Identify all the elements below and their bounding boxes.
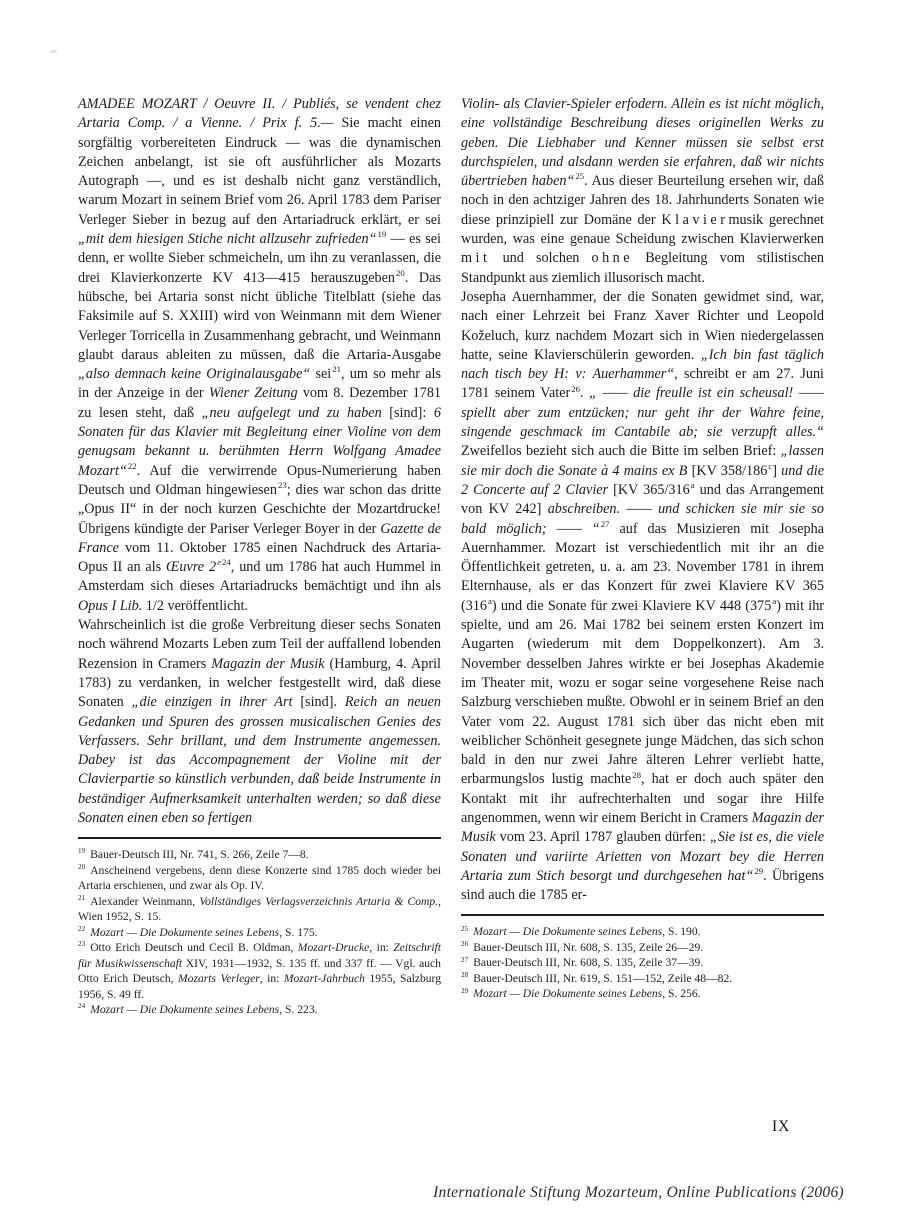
text-run: und solchen	[490, 250, 591, 266]
paragraph: Josepha Auernhammer, der die Sonaten gew…	[461, 288, 824, 906]
footnote-number: 20	[78, 863, 85, 871]
text-run: ) mit ihr spielte, und am 26. Mai 1782 b…	[461, 598, 824, 788]
text-run: ]	[772, 463, 781, 479]
text-run: vom 23. April 1787 glauben dürfen:	[496, 829, 710, 845]
text-run: „mit dem hiesigen Stiche nicht allzusehr…	[78, 231, 377, 247]
left-column-body: AMADEE MOZART / Oeuvre II. / Publiés, se…	[78, 95, 441, 828]
footnote: 24Mozart — Die Dokumente seines Lebens, …	[78, 1002, 441, 1018]
text-run: Bauer-Deutsch III, Nr. 608, S. 135, Zeil…	[473, 956, 703, 969]
footnote-ref: 20	[396, 268, 405, 278]
text-run: Mozarts Verleger	[178, 972, 260, 985]
text-run: , S. 223.	[279, 1003, 317, 1016]
text-run: Wiener Zeitung	[209, 385, 298, 401]
paragraph: AMADEE MOZART / Oeuvre II. / Publiés, se…	[78, 95, 441, 616]
text-run: , S. 256.	[662, 987, 700, 1000]
text-run: Bauer-Deutsch III, Nr. 608, S. 135, Zeil…	[473, 941, 703, 954]
paragraph: Violin- als Clavier-Spieler erfodern. Al…	[461, 95, 824, 288]
text-run: , S. 190.	[662, 925, 700, 938]
text-run: 1/2 veröffentlicht.	[142, 598, 248, 614]
footnote: 19Bauer-Deutsch III, Nr. 741, S. 266, Ze…	[78, 847, 441, 863]
text-run: Alexander Weinmann,	[90, 895, 199, 908]
footnote-separator-right	[461, 914, 824, 916]
text-run: Mozart — Die Dokumente seines Lebens	[473, 987, 662, 1000]
paragraph: Wahrscheinlich ist die große Verbreitung…	[78, 616, 441, 828]
footnote: 26Bauer-Deutsch III, Nr. 608, S. 135, Ze…	[461, 940, 824, 956]
text-run: Sie macht einen sorgfältig vorbereiteten…	[78, 115, 441, 227]
text-run: .	[580, 385, 589, 401]
footnote-ref: 25	[575, 171, 584, 181]
text-run: Mozart-Drucke	[298, 941, 369, 954]
footnote: 28Bauer-Deutsch III, Nr. 619, S. 151—152…	[461, 971, 824, 987]
text-run: Klavier	[661, 212, 728, 228]
right-column-body: Violin- als Clavier-Spieler erfodern. Al…	[461, 95, 824, 905]
footnote-number: 19	[78, 847, 85, 855]
text-run: Mozart-Jahrbuch	[284, 972, 365, 985]
footnote: 23Otto Erich Deutsch und Cecil B. Oldman…	[78, 940, 441, 1002]
scan-artifact	[50, 50, 57, 53]
footnote-number: 23	[78, 940, 85, 948]
text-run: „die einzigen in ihrer Art	[132, 694, 293, 710]
footnote-number: 25	[461, 925, 468, 933]
document-page: AMADEE MOZART / Oeuvre II. / Publiés, se…	[0, 0, 900, 1226]
left-column: AMADEE MOZART / Oeuvre II. / Publiés, se…	[78, 95, 441, 1018]
text-run: „also demnach keine Originalausgabe“	[78, 366, 310, 382]
footnote-ref: 24	[222, 557, 231, 567]
footnote-ref: 21	[332, 364, 341, 374]
text-run: Mozart — Die Dokumente seines Lebens	[90, 1003, 279, 1016]
footnote-number: 24	[78, 1002, 85, 1010]
text-run: Bauer-Deutsch III, Nr. 619, S. 151—152, …	[473, 972, 732, 985]
footnote: 20Anscheinend vergebens, denn diese Konz…	[78, 863, 441, 894]
footnote-number: 29	[461, 987, 468, 995]
text-run: Magazin der Musik	[211, 656, 324, 672]
footnote-number: 21	[78, 894, 85, 902]
text-run: Zweifellos bezieht sich auch die Bitte i…	[461, 443, 781, 459]
text-run: [KV 365/316	[608, 482, 690, 498]
left-footnotes: 19Bauer-Deutsch III, Nr. 741, S. 266, Ze…	[78, 847, 441, 1018]
text-run: mit	[461, 250, 490, 266]
text-run: Vollständiges Verlagsverzeichnis Artaria…	[199, 895, 438, 908]
footnote-separator-left	[78, 837, 441, 839]
footnote-ref: 19	[378, 229, 387, 239]
footnote-number: 28	[461, 971, 468, 979]
text-run: Reich an neuen Gedanken und Spuren des g…	[78, 694, 441, 826]
text-run: , in:	[260, 972, 284, 985]
footnote-ref: e	[217, 557, 221, 567]
footnote-ref: 28	[632, 770, 641, 780]
text-run: Anscheinend vergebens, denn diese Konzer…	[78, 864, 441, 893]
text-run: sei	[310, 366, 331, 382]
footnote-ref: 23	[278, 480, 287, 490]
text-run: Opus I Lib.	[78, 598, 142, 614]
footnote-number: 22	[78, 925, 85, 933]
text-run: [sind].	[292, 694, 344, 710]
footnote: 27Bauer-Deutsch III, Nr. 608, S. 135, Ze…	[461, 955, 824, 971]
text-run: Otto Erich Deutsch und Cecil B. Oldman,	[90, 941, 298, 954]
text-run: Bauer-Deutsch III, Nr. 741, S. 266, Zeil…	[90, 848, 308, 861]
footnote: 21Alexander Weinmann, Vollständiges Verl…	[78, 894, 441, 925]
text-run: , S. 175.	[279, 926, 317, 939]
right-column: Violin- als Clavier-Spieler erfodern. Al…	[461, 95, 824, 1002]
page-number: IX	[772, 1118, 790, 1136]
text-run: [sind]:	[382, 405, 434, 421]
text-run: Mozart — Die Dokumente seines Lebens	[90, 926, 279, 939]
text-run: „neu aufgelegt und zu haben	[202, 405, 382, 421]
footnote: 29Mozart — Die Dokumente seines Lebens, …	[461, 986, 824, 1002]
text-run: , in:	[369, 941, 393, 954]
footnote-number: 26	[461, 940, 468, 948]
footnote-number: 27	[461, 956, 468, 964]
text-run: Mozart — Die Dokumente seines Lebens	[473, 925, 662, 938]
text-run: ) und die Sonate für zwei Klaviere KV 44…	[492, 598, 771, 614]
footnote: 22Mozart — Die Dokumente seines Lebens, …	[78, 925, 441, 941]
footnote-ref: 29	[754, 866, 763, 876]
footnote: 25Mozart — Die Dokumente seines Lebens, …	[461, 924, 824, 940]
right-footnotes: 25Mozart — Die Dokumente seines Lebens, …	[461, 924, 824, 1002]
text-run: Œuvre 2	[166, 559, 216, 575]
text-run: ohne	[591, 250, 633, 266]
footnote-ref: 22	[128, 461, 137, 471]
footer-credit: Internationale Stiftung Mozarteum, Onlin…	[433, 1184, 844, 1202]
footnote-ref: 26	[571, 384, 580, 394]
text-run: [KV 358/186	[687, 463, 767, 479]
